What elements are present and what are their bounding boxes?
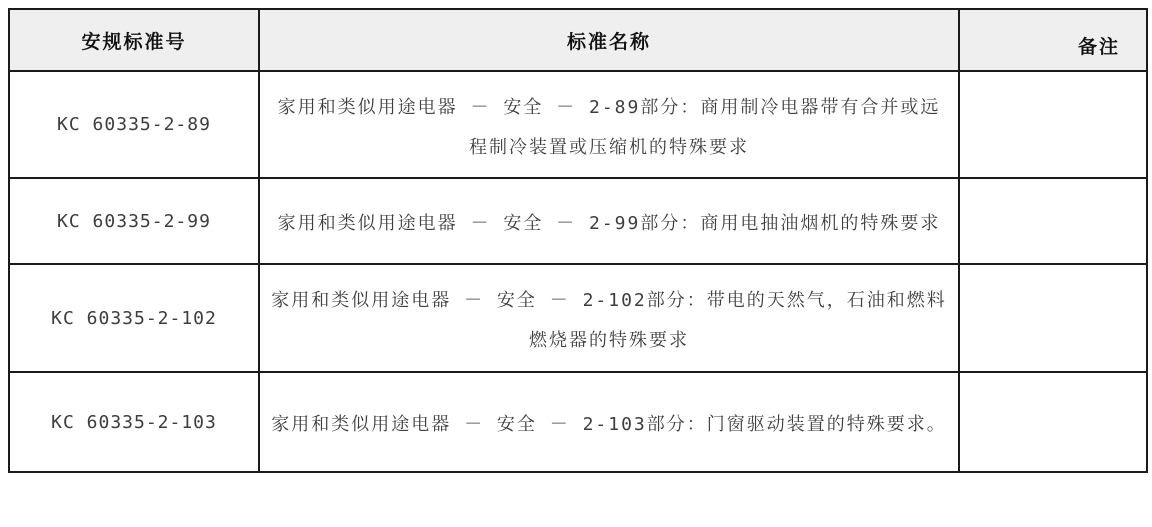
header-standard-name: 标准名称 [259,9,959,71]
table-row: KC 60335-2-99 家用和类似用途电器 － 安全 － 2-99部分：商用… [9,178,1147,264]
remark-cell [959,178,1147,264]
standard-name-cell: 家用和类似用途电器 － 安全 － 2-89部分：商用制冷电器带有合并或远程制冷装… [259,71,959,178]
page: 安规标准号 标准名称 备注 KC 60335-2-89 家用和类似用途电器 － … [0,0,1152,481]
standard-no-cell: KC 60335-2-89 [9,71,259,178]
remark-cell [959,264,1147,372]
table-header: 安规标准号 标准名称 备注 [9,9,1147,71]
table-row: KC 60335-2-103 家用和类似用途电器 － 安全 － 2-103部分：… [9,372,1147,472]
standard-no-cell: KC 60335-2-99 [9,178,259,264]
standards-table: 安规标准号 标准名称 备注 KC 60335-2-89 家用和类似用途电器 － … [8,8,1148,473]
table-row: KC 60335-2-89 家用和类似用途电器 － 安全 － 2-89部分：商用… [9,71,1147,178]
standard-name-cell: 家用和类似用途电器 － 安全 － 2-103部分：门窗驱动装置的特殊要求。 [259,372,959,472]
standard-name-cell: 家用和类似用途电器 － 安全 － 2-99部分：商用电抽油烟机的特殊要求 [259,178,959,264]
remark-cell [959,71,1147,178]
standard-no-cell: KC 60335-2-102 [9,264,259,372]
table-body: KC 60335-2-89 家用和类似用途电器 － 安全 － 2-89部分：商用… [9,71,1147,472]
standard-no-cell: KC 60335-2-103 [9,372,259,472]
header-remark: 备注 [959,9,1147,71]
table-row: KC 60335-2-102 家用和类似用途电器 － 安全 － 2-102部分：… [9,264,1147,372]
standard-name-cell: 家用和类似用途电器 － 安全 － 2-102部分：带电的天然气，石油和燃料燃烧器… [259,264,959,372]
header-row: 安规标准号 标准名称 备注 [9,9,1147,71]
remark-cell [959,372,1147,472]
header-standard-no: 安规标准号 [9,9,259,71]
